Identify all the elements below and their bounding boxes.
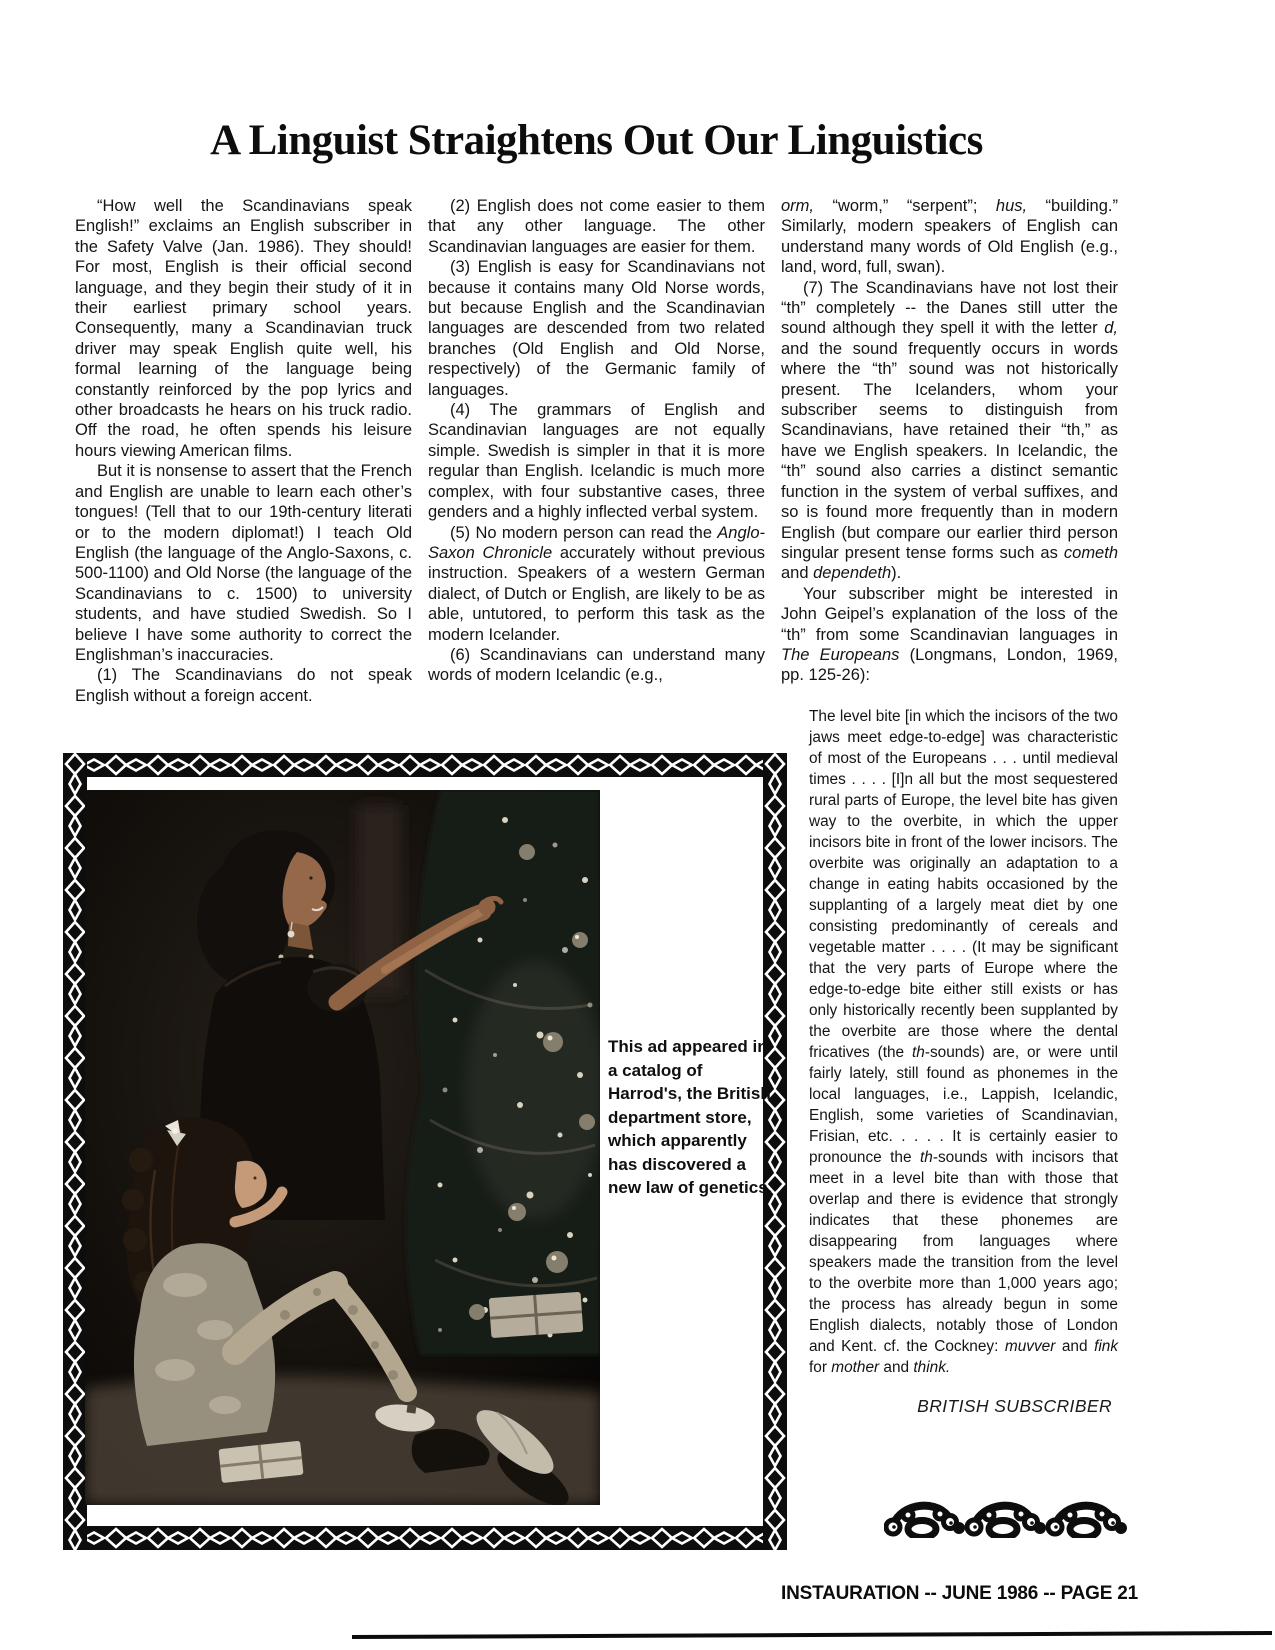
signature: BRITISH SUBSCRIBER: [781, 1396, 1112, 1416]
page-footer: INSTAURATION -- JUNE 1986 -- PAGE 21: [781, 1583, 1120, 1605]
paragraph: (5) No modern person can read the Anglo-…: [428, 523, 765, 645]
zigzag-border-left: [63, 753, 87, 1550]
paragraph: (7) The Scandinavians have not lost thei…: [781, 278, 1118, 584]
article-title: A Linguist Straightens Out Our Linguisti…: [75, 116, 1118, 165]
block-quote: The level bite [in which the incisors of…: [781, 706, 1118, 1378]
christmas-photo: [85, 790, 600, 1505]
paragraph: (3) English is easy for Scandinavians no…: [428, 257, 765, 400]
paragraph: “How well the Scandinavians speak Englis…: [75, 196, 412, 461]
zigzag-border-bottom: [63, 1526, 787, 1550]
paragraph: orm, “worm,” “serpent”; hus, “building.”…: [781, 196, 1118, 278]
paragraph: Your subscriber might be interested in J…: [781, 584, 1118, 686]
zigzag-border-top: [63, 753, 787, 777]
christmas-tree: [406, 790, 600, 1355]
column-1: “How well the Scandinavians speak Englis…: [75, 196, 412, 706]
paragraph: But it is nonsense to assert that the Fr…: [75, 461, 412, 665]
photo-caption: This ad appeared in a catalog of Harrod'…: [608, 1035, 780, 1200]
paragraph: (2) English does not come easier to them…: [428, 196, 765, 257]
scroll-ornament: [884, 1492, 1132, 1538]
paragraph: (6) Scandinavians can understand many wo…: [428, 645, 765, 686]
column-3: orm, “worm,” “serpent”; hus, “building.”…: [781, 196, 1118, 1416]
magazine-page: A Linguist Straightens Out Our Linguisti…: [0, 0, 1275, 1650]
column-2: (2) English does not come easier to them…: [428, 196, 765, 686]
gift-under-tree: [489, 1292, 584, 1338]
bottom-rule: [352, 1631, 1272, 1639]
paragraph: (1) The Scandinavians do not speak Engli…: [75, 665, 412, 706]
paragraph: (4) The grammars of English and Scandina…: [428, 400, 765, 522]
photo-box: This ad appeared in a catalog of Harrod'…: [63, 753, 787, 1550]
